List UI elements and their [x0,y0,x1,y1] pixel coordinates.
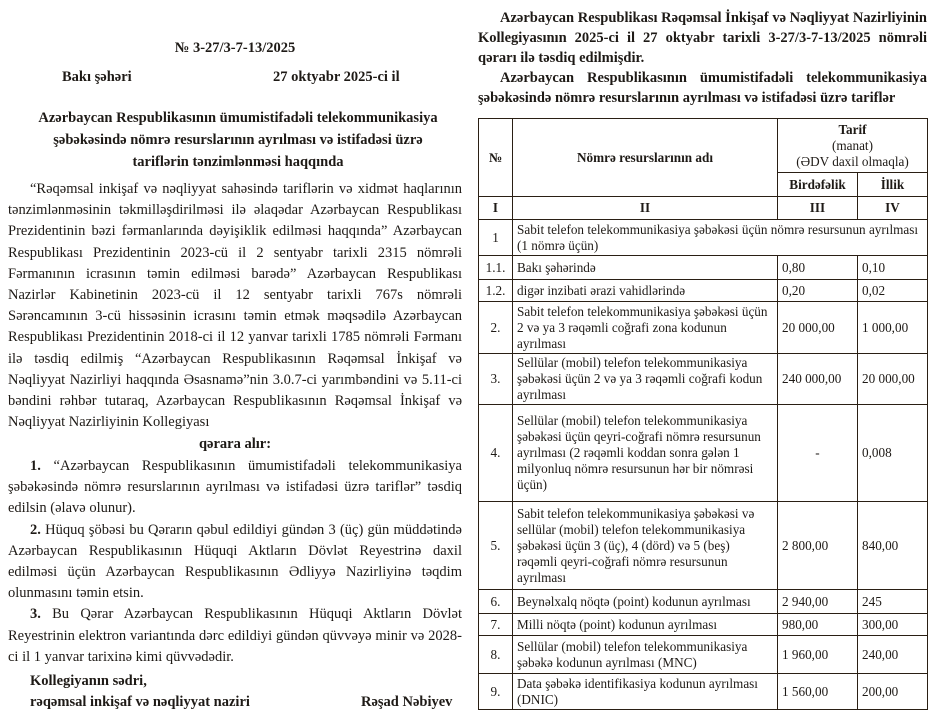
row-number: 4. [479,405,513,502]
row-name: Sabit telefon telekommunikasiya şəbəkəsi… [513,302,778,354]
row-once-tariff: 980,00 [778,614,858,636]
row-once-tariff: 240 000,00 [778,354,858,405]
tariff-table: № Nömrə resurslarının adı Tarif (manat) … [478,118,928,710]
row-yearly-tariff: 240,00 [858,636,928,674]
title-line: tariflərin tənzimlənməsi haqqında [14,151,462,173]
table-row: 6.Beynəlxalq nöqtə (point) kodunun ayrıl… [479,590,928,614]
tarif-label: Tarif [782,122,923,138]
row-yearly-tariff: 300,00 [858,614,928,636]
header-name: Nömrə resurslarının adı [513,119,778,197]
tariff-page: Azərbaycan Respublikası Rəqəmsal İnkişaf… [470,0,931,714]
preamble-text: “Rəqəmsal inkişaf və nəqliyyat sahəsində… [8,179,462,433]
row-name: Milli nöqtə (point) kodunun ayrılması [513,614,778,636]
roman-2: II [513,197,778,220]
row-yearly-tariff: 245 [858,590,928,614]
table-row: 4.Sellülar (mobil) telefon telekommunika… [479,405,928,502]
row-number: 6. [479,590,513,614]
row-once-tariff: 20 000,00 [778,302,858,354]
row-name: Sabit telefon telekommunikasiya şəbəkəsi… [513,220,928,256]
title-line: şəbəkəsində nömrə resurslarının ayrılmas… [14,129,462,151]
row-yearly-tariff: 0,008 [858,405,928,502]
decision-items: 1. “Azərbaycan Respublikasının ümumistif… [8,456,462,668]
signature-position: rəqəmsal inkişaf və nəqliyyat naziri [30,694,250,711]
row-number: 9. [479,674,513,710]
row-yearly-tariff: 20 000,00 [858,354,928,405]
row-number: 1.2. [479,280,513,302]
table-row: 9.Data şəbəkə identifikasiya kodunun ayr… [479,674,928,710]
row-yearly-tariff: 0,10 [858,256,928,280]
row-number: 5. [479,502,513,590]
decision-item: 2. Hüquq şöbəsi bu Qərarın qəbul edildiy… [8,520,462,605]
table-row: 3.Sellülar (mobil) telefon telekommunika… [479,354,928,405]
table-title: Azərbaycan Respublikasının ümumistifadəl… [478,68,927,108]
row-name: Sabit telefon telekommunikasiya şəbəkəsi… [513,502,778,590]
item-number: 2. [30,522,41,538]
approval-note: Azərbaycan Respublikası Rəqəmsal İnkişaf… [478,8,927,68]
row-yearly-tariff: 840,00 [858,502,928,590]
row-number: 8. [479,636,513,674]
row-once-tariff: 2 940,00 [778,590,858,614]
roman-4: IV [858,197,928,220]
row-once-tariff: 1 960,00 [778,636,858,674]
row-number: 1.1. [479,256,513,280]
row-number: 2. [479,302,513,354]
decides-heading: qərara alır: [0,436,470,453]
decision-page: № 3-27/3-7-13/2025 Bakı şəhəri 27 oktyab… [0,0,470,714]
decision-title: Azərbaycan Respublikasının ümumistifadəl… [14,107,462,173]
tarif-vat-note: (ƏDV daxil olmaqla) [782,154,923,170]
row-once-tariff: - [778,405,858,502]
row-name: Sellülar (mobil) telefon telekommunikasi… [513,636,778,674]
header-yearly: İllik [858,173,928,197]
row-yearly-tariff: 1 000,00 [858,302,928,354]
tarif-unit: (manat) [782,138,923,154]
row-once-tariff: 2 800,00 [778,502,858,590]
header-tarif: Tarif (manat) (ƏDV daxil olmaqla) [778,119,928,173]
signature-name: Rəşad Nəbiyev [361,694,452,711]
tariff-rows: 1Sabit telefon telekommunikasiya şəbəkəs… [479,220,928,710]
roman-3: III [778,197,858,220]
decision-item: 1. “Azərbaycan Respublikasının ümumistif… [8,456,462,520]
header-once: Birdəfəlik [778,173,858,197]
row-once-tariff: 1 560,00 [778,674,858,710]
table-row: 7.Milli nöqtə (point) kodunun ayrılması9… [479,614,928,636]
signature-title: Kollegiyanın sədri, [30,673,147,690]
row-number: 7. [479,614,513,636]
item-number: 3. [30,606,41,622]
row-once-tariff: 0,80 [778,256,858,280]
approval-header: Azərbaycan Respublikası Rəqəmsal İnkişaf… [478,8,927,108]
title-line: Azərbaycan Respublikasının ümumistifadəl… [14,107,462,129]
row-name: Sellülar (mobil) telefon telekommunikasi… [513,405,778,502]
table-row: 8.Sellülar (mobil) telefon telekommunika… [479,636,928,674]
item-number: 1. [30,458,41,474]
table-row: 1.1.Bakı şəhərində0,800,10 [479,256,928,280]
item-text: “Azərbaycan Respublikasının ümumistifadə… [8,458,462,516]
roman-1: I [479,197,513,220]
decision-item: 3. Bu Qərar Azərbaycan Respublikasının H… [8,604,462,668]
row-number: 3. [479,354,513,405]
row-yearly-tariff: 0,02 [858,280,928,302]
row-name: Beynəlxalq nöqtə (point) kodunun ayrılma… [513,590,778,614]
issue-date: 27 oktyabr 2025-ci il [273,69,400,86]
row-yearly-tariff: 200,00 [858,674,928,710]
table-row: 1Sabit telefon telekommunikasiya şəbəkəs… [479,220,928,256]
document-number: № 3-27/3-7-13/2025 [0,40,470,57]
row-name: Data şəbəkə identifikasiya kodunun ayrıl… [513,674,778,710]
row-name: Sellülar (mobil) telefon telekommunikasi… [513,354,778,405]
issue-place: Bakı şəhəri [62,69,132,86]
row-name: Bakı şəhərində [513,256,778,280]
row-name: digər inzibati ərazi vahidlərində [513,280,778,302]
item-text: Bu Qərar Azərbaycan Respublikasının Hüqu… [8,606,462,664]
table-row: 2.Sabit telefon telekommunikasiya şəbəkə… [479,302,928,354]
row-once-tariff: 0,20 [778,280,858,302]
row-number: 1 [479,220,513,256]
table-row: 5.Sabit telefon telekommunikasiya şəbəkə… [479,502,928,590]
table-row: 1.2.digər inzibati ərazi vahidlərində0,2… [479,280,928,302]
preamble: “Rəqəmsal inkişaf və nəqliyyat sahəsində… [8,179,462,433]
header-number: № [479,119,513,197]
item-text: Hüquq şöbəsi bu Qərarın qəbul edildiyi g… [8,522,462,602]
